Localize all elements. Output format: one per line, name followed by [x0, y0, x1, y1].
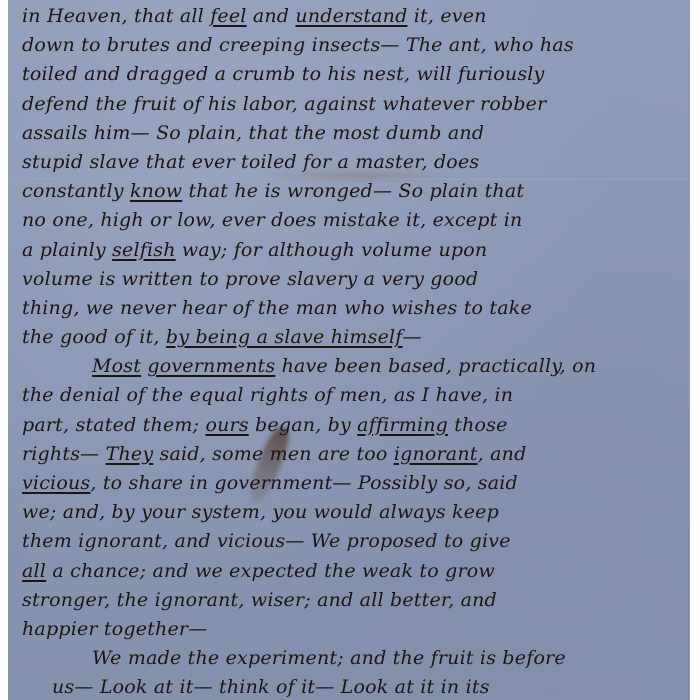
text-segment: we; and, by your system, you would alway…	[22, 501, 499, 523]
manuscript-line: stupid slave that ever toiled for a mast…	[22, 148, 687, 177]
text-segment: We made the experiment; and the fruit is…	[92, 647, 566, 669]
underlined-word: vicious	[22, 472, 90, 494]
manuscript-line: down to brutes and creeping insects— The…	[22, 31, 687, 60]
text-segment: rights—	[22, 443, 106, 465]
text-segment: them ignorant, and vicious— We proposed …	[22, 530, 511, 552]
text-segment: constantly	[22, 180, 130, 202]
manuscript-line: no one, high or low, ever does mistake i…	[22, 206, 687, 235]
text-segment: —	[403, 326, 422, 348]
manuscript-line: them ignorant, and vicious— We proposed …	[22, 527, 687, 556]
text-segment: thing, we never hear of the man who wish…	[22, 297, 532, 319]
underlined-word: affirming	[357, 414, 448, 436]
manuscript-line: defend the fruit of his labor, against w…	[22, 90, 687, 119]
manuscript-line: vicious, to share in government— Possibl…	[22, 469, 687, 498]
underlined-word: governments	[147, 355, 275, 377]
underlined-word: Most	[92, 355, 141, 377]
text-segment: began, by	[249, 414, 357, 436]
text-segment: volume is written to prove slavery a ver…	[22, 268, 478, 290]
underlined-word: know	[130, 180, 182, 202]
manuscript-line: toiled and dragged a crumb to his nest, …	[22, 60, 687, 89]
text-segment: a plainly	[22, 239, 112, 261]
underlined-word: ignorant	[394, 443, 478, 465]
underlined-word: selfish	[112, 239, 176, 261]
text-segment: no one, high or low, ever does mistake i…	[22, 209, 522, 231]
underlined-word: all	[22, 560, 46, 582]
underlined-word: ours	[205, 414, 248, 436]
underlined-word: feel	[210, 5, 246, 27]
text-segment: happier together—	[22, 618, 207, 640]
text-segment: defend the fruit of his labor, against w…	[22, 93, 546, 115]
manuscript-line: volume is written to prove slavery a ver…	[22, 265, 687, 294]
manuscript-line: rights— They said, some men are too igno…	[22, 440, 687, 469]
manuscript-line: happier together—	[22, 615, 687, 644]
underlined-word: understand	[295, 5, 407, 27]
manuscript-line: a plainly selfish way; for although volu…	[22, 236, 687, 265]
manuscript-line: thing, we never hear of the man who wish…	[22, 294, 687, 323]
manuscript-line: assails him— So plain, that the most dum…	[22, 119, 687, 148]
text-segment: said, some men are too	[153, 443, 394, 465]
text-segment: stupid slave that ever toiled for a mast…	[22, 151, 479, 173]
manuscript-line: constantly know that he is wronged— So p…	[22, 177, 687, 206]
text-segment: , and	[478, 443, 527, 465]
text-segment: a chance; and we expected the weak to gr…	[46, 560, 495, 582]
text-segment: assails him— So plain, that the most dum…	[22, 122, 484, 144]
text-segment: toiled and dragged a crumb to his nest, …	[22, 63, 545, 85]
manuscript-line: the good of it, by being a slave himself…	[22, 323, 687, 352]
manuscript-page: in Heaven, that all feel and understand …	[8, 0, 690, 700]
manuscript-line: part, stated them; ours began, by affirm…	[22, 411, 687, 440]
text-segment: have been based, practically, on	[275, 355, 596, 377]
text-segment: the good of it,	[22, 326, 166, 348]
text-segment: it, even	[407, 5, 486, 27]
manuscript-line: all a chance; and we expected the weak t…	[22, 557, 687, 586]
manuscript-line: Most governments have been based, practi…	[22, 352, 687, 381]
text-segment: and	[247, 5, 296, 27]
manuscript-line: We made the experiment; and the fruit is…	[22, 644, 687, 673]
text-segment: way; for although volume upon	[176, 239, 488, 261]
text-segment: the denial of the equal rights of men, a…	[22, 384, 513, 406]
text-segment: in Heaven, that all	[22, 5, 210, 27]
text-segment: stronger, the ignorant, wiser; and all b…	[22, 589, 497, 611]
text-segment: us— Look at it— think of it— Look at it …	[52, 676, 490, 698]
manuscript-line: we; and, by your system, you would alway…	[22, 498, 687, 527]
manuscript-line: the denial of the equal rights of men, a…	[22, 381, 687, 410]
text-segment: part, stated them;	[22, 414, 205, 436]
text-segment: that he is wronged— So plain that	[182, 180, 524, 202]
text-segment: , to share in government— Possibly so, s…	[90, 472, 518, 494]
handwritten-text-block: in Heaven, that all feel and understand …	[22, 2, 687, 700]
text-segment: those	[448, 414, 508, 436]
manuscript-line: stronger, the ignorant, wiser; and all b…	[22, 586, 687, 615]
manuscript-line: in Heaven, that all feel and understand …	[22, 2, 687, 31]
underlined-word: by being a slave himself	[166, 326, 403, 348]
underlined-word: They	[106, 443, 154, 465]
manuscript-line: us— Look at it— think of it— Look at it …	[22, 673, 687, 700]
text-segment: down to brutes and creeping insects— The…	[22, 34, 574, 56]
